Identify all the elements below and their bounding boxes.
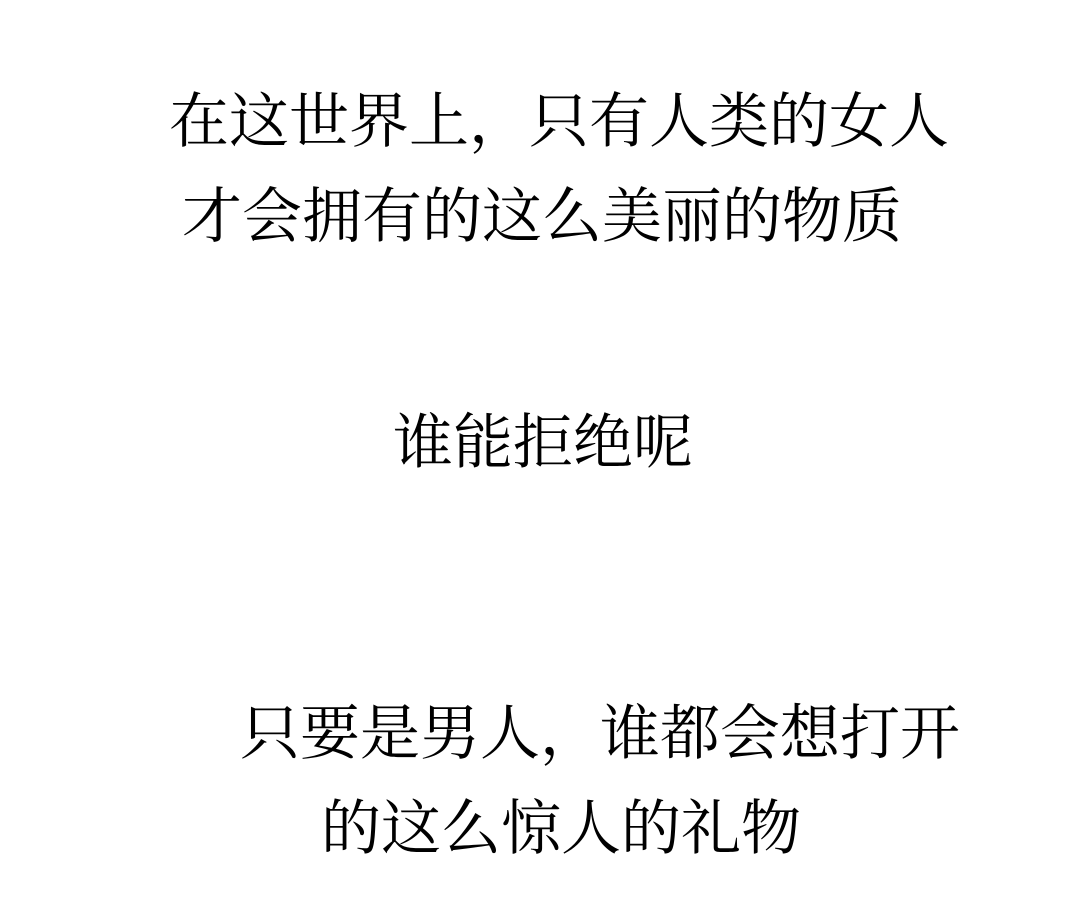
caption-line: 在这世界上，只有人类的女人 <box>169 92 949 152</box>
caption-line: 才会拥有的这么美丽的物质 <box>182 187 902 247</box>
caption-line: 的这么惊人的礼物 <box>321 799 801 859</box>
caption-line: 只要是男人，谁都会想打开 <box>240 704 960 764</box>
caption-line: 谁能拒绝呢 <box>393 413 693 473</box>
meme-caption-page: 在这世界上，只有人类的女人 才会拥有的这么美丽的物质 谁能拒绝呢 只要是男人，谁… <box>0 0 1080 912</box>
